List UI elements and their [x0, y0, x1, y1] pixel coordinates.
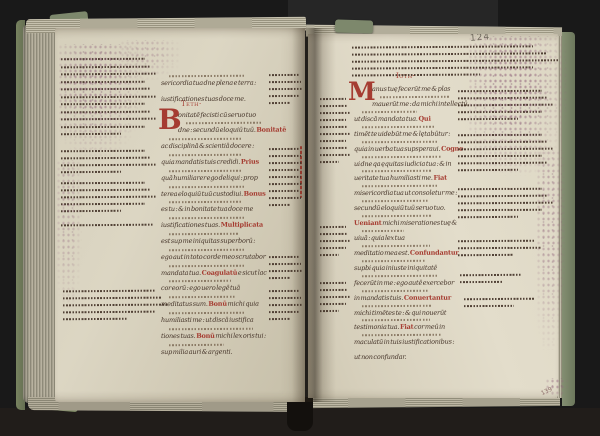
- manuscript-text-line: iustificationes tuas doce me.: [161, 96, 246, 103]
- marginal-gloss-line: [269, 263, 301, 265]
- interlinear-gloss: [362, 245, 430, 247]
- interlinear-gloss: [169, 233, 239, 235]
- text-segment: in mandatis tuis.: [354, 293, 404, 301]
- text-segment: humiliasti me : ut discā iustifica: [161, 316, 254, 324]
- interlinear-gloss: [169, 217, 244, 220]
- marginal-gloss-line: [458, 216, 518, 219]
- manuscript-text-line: ego aut in toto corde meo scrutabor: [161, 253, 266, 260]
- interlinear-gloss: [169, 249, 246, 252]
- text-segment: meditatus sum.: [161, 300, 208, 308]
- text-segment: onitatē fecisti cū seruo tuo: [178, 110, 256, 118]
- interlinear-gloss: [362, 215, 432, 217]
- interlinear-gloss: [169, 328, 253, 331]
- text-segment: cor eorū : ego uero legē tuā: [161, 284, 240, 292]
- interlinear-gloss: [186, 122, 263, 125]
- marginal-gloss-line: [269, 74, 299, 76]
- interlinear-gloss: [169, 201, 242, 204]
- marginal-gloss-line: [320, 112, 350, 114]
- marginal-gloss-line: [269, 197, 301, 199]
- text-segment: iustificationes tuas.: [161, 221, 221, 229]
- text-segment: testimonia tua.: [354, 323, 400, 331]
- marginal-gloss-line: [269, 190, 299, 192]
- manuscript-text-line: tiones tuas. Bonū michi lex oris tui :: [161, 332, 266, 339]
- manuscript-text-line: meditatio mea est. Confundantur: [354, 250, 459, 257]
- marginal-gloss-line: [464, 298, 534, 301]
- interlinear-gloss: [362, 185, 439, 188]
- text-segment: anus tuę fecerūt me & plas: [372, 85, 450, 93]
- marginal-gloss-line: [269, 155, 301, 157]
- marginal-gloss-line: [269, 256, 299, 258]
- interlinear-gloss: [169, 75, 244, 78]
- marginal-gloss-line: [269, 162, 303, 164]
- manuscript-text-line: iustificationes tuas. Multiplicata: [161, 222, 263, 229]
- manuscript-text-line: mandata tua. Coagulatū e sicut lac: [161, 269, 267, 276]
- text-segment: uiuā : quia lex tua: [354, 234, 405, 242]
- marginal-gloss-line: [320, 133, 350, 135]
- marginal-gloss-line: [269, 81, 301, 83]
- marginal-gloss-line: [460, 274, 522, 277]
- mould-stain-patch: [536, 150, 566, 350]
- manuscript-text-line: in mandatis tuis. Conuertantur: [354, 294, 451, 301]
- rubric-word: Bonus: [244, 189, 266, 197]
- text-segment: ueritate tua humiliasti me.: [354, 174, 433, 182]
- interlinear-gloss: [169, 343, 224, 345]
- marginal-gloss-line: [464, 305, 514, 308]
- manuscript-text-line: quā humiliarer ego deliqui : prop: [161, 174, 258, 181]
- red-paragraph-marker: [300, 146, 302, 198]
- marginal-gloss-line: [269, 102, 290, 104]
- manuscript-text-line: michi timētes te : & qui nouerūt: [354, 309, 446, 316]
- text-segment: supbi quia iniuste iniquitatē: [354, 264, 437, 272]
- marginal-gloss-line: [352, 74, 480, 77]
- text-segment: quia in uerba tua supsperaui.: [354, 144, 441, 152]
- text-segment: terea eloquiū tuū custodiui.: [161, 189, 244, 197]
- marginal-gloss-line: [63, 311, 155, 314]
- text-segment: michi timētes te : & qui nouerūt: [354, 308, 446, 316]
- mould-stain-patch: [545, 378, 569, 398]
- marginal-gloss-line: [460, 281, 503, 283]
- manuscript-text-line: sup milia auri & argenti.: [161, 348, 232, 355]
- marginal-gloss-line: [269, 297, 301, 299]
- interlinear-gloss: [169, 264, 244, 267]
- text-segment: tiones tuas.: [161, 332, 196, 340]
- interlinear-gloss: [362, 125, 435, 128]
- text-segment: ui dne qa ęquitas iudicia tua : & in: [354, 159, 451, 167]
- marginal-gloss-line: [320, 282, 346, 284]
- marginal-gloss-line: [269, 88, 303, 90]
- text-segment: michi lex oris tui :: [215, 331, 266, 339]
- text-segment: es tu : & in bonitate tua doce me: [161, 205, 253, 213]
- manuscript-text-line: fecerūt in me : ego autē exercebor: [354, 279, 454, 286]
- interlinear-gloss: [169, 296, 235, 298]
- manuscript-text-line: humiliasti me : ut discā iustifica: [161, 317, 254, 324]
- marginal-gloss-line: [269, 95, 299, 97]
- interlinear-gloss: [362, 274, 437, 277]
- marginal-gloss-line: [320, 98, 346, 100]
- text-segment: cor meū in: [413, 323, 445, 331]
- manuscript-text-line: maculatū in tuis iustificationibus :: [354, 339, 454, 346]
- manuscript-text-line: quia in uerba tua supsperaui. Cogno: [354, 145, 463, 152]
- text-segment: ut non confundar.: [354, 353, 406, 361]
- text-segment: secundū eloquiū tuū seruo tuo.: [354, 204, 446, 212]
- interlinear-gloss: [362, 230, 404, 232]
- rubric-word: Conuertantur: [404, 293, 451, 301]
- text-segment: e sicut lac: [237, 268, 267, 276]
- rubric-word: Bonū: [208, 300, 227, 308]
- manuscript-text-line: meditatus sum. Bonū michi quia: [161, 301, 259, 308]
- interlinear-gloss: [169, 312, 244, 315]
- manuscript-text-line: anus tuę fecerūt me & plas: [372, 86, 450, 93]
- interlinear-gloss: [362, 140, 439, 143]
- marginal-gloss-line: [269, 318, 290, 320]
- interlinear-gloss: [362, 260, 426, 262]
- marginal-gloss-line: [320, 226, 346, 228]
- marginal-gloss-line: [458, 209, 542, 212]
- interlinear-gloss: [169, 280, 231, 282]
- marginal-gloss-line: [320, 289, 348, 291]
- manuscript-text-line: supbi quia iniuste iniquitatē: [354, 265, 437, 272]
- interlinear-gloss: [169, 154, 242, 157]
- text-segment: ut discā mandata tua.: [354, 115, 418, 123]
- manuscript-text-line: ueritate tua humiliasti me. Fiat: [354, 175, 447, 182]
- mould-stain-patch: [120, 40, 180, 80]
- text-segment: est sup me iniquitas superborū :: [161, 237, 255, 245]
- manuscript-text-line: misericordia tua ut consoletur me :: [354, 190, 457, 197]
- marginal-gloss-line: [320, 233, 348, 235]
- marginal-gloss-line: [458, 254, 513, 257]
- rubric-word: Multiplicata: [221, 221, 263, 229]
- interlinear-gloss: [362, 334, 441, 337]
- marginal-gloss-line: [269, 311, 299, 313]
- manuscript-text-line: onitatē fecisti cū seruo tuo: [178, 111, 256, 118]
- text-segment: quā humiliarer ego deliqui : prop: [161, 173, 258, 181]
- manuscript-text-line: es tu : & in bonitate tua doce me: [161, 206, 253, 213]
- marginal-gloss-line: [269, 204, 290, 206]
- marginal-gloss-line: [320, 147, 348, 149]
- marginal-gloss-line: [320, 240, 350, 242]
- rubric-word: Coagulatū: [202, 268, 238, 276]
- interlinear-gloss: [362, 170, 432, 172]
- text-segment: mandata tua.: [161, 268, 202, 276]
- interlinear-gloss: [380, 96, 450, 98]
- marginal-gloss-line: [269, 304, 303, 306]
- marginal-gloss-line: [320, 161, 339, 163]
- marginal-gloss-line: [269, 270, 303, 272]
- marginal-gloss-line: [320, 247, 346, 249]
- rubric-word: Qui: [418, 115, 430, 123]
- marginal-gloss-line: [320, 254, 339, 256]
- text-segment: fecerūt in me : ego autē exercebor: [354, 278, 454, 286]
- marginal-gloss-line: [269, 277, 290, 279]
- manuscript-text-line: ui dne qa ęquitas iudicia tua : & in: [354, 160, 451, 167]
- marginal-gloss-line: [320, 154, 350, 156]
- marginal-gloss-line: [320, 105, 348, 107]
- manuscript-text-line: testimonia tua. Fiat cor meū in: [354, 324, 445, 331]
- marginal-gloss-line: [269, 148, 299, 150]
- text-segment: iustificationes tuas doce me.: [161, 95, 246, 103]
- text-segment: sup milia auri & argenti.: [161, 347, 232, 355]
- marginal-gloss-line: [269, 183, 303, 185]
- interlinear-gloss: [362, 289, 428, 291]
- manuscript-text-line: cor eorū : ego uero legē tuā: [161, 285, 240, 292]
- text-segment: michi quia: [227, 300, 259, 308]
- manuscript-photo: Teth· B sericordia tua dne plena e terra…: [0, 0, 600, 436]
- marginal-gloss-line: [320, 303, 346, 305]
- rubric-word: Bonū: [196, 332, 215, 340]
- text-segment: michi miserationes tuę &: [382, 219, 457, 227]
- manuscript-text-line: Ueniant michi miserationes tuę &: [354, 220, 457, 227]
- rubric-word: Fiat: [433, 174, 447, 182]
- text-segment: misericordia tua ut consoletur me :: [354, 189, 457, 197]
- marginal-gloss-line: [269, 176, 301, 178]
- text-segment: quia mandatis tuis credidi.: [161, 158, 241, 166]
- rubric-word: Ueniant: [354, 219, 382, 227]
- manuscript-text-line: ut discā mandata tua. Qui: [354, 116, 431, 123]
- spine-headband: [335, 19, 373, 33]
- manuscript-text-line: dne : secundū eloquiū tuū. Bonitatē: [178, 127, 286, 134]
- interlinear-gloss: [362, 155, 441, 158]
- marginal-gloss-line: [458, 247, 541, 250]
- manuscript-text-line: ac disciplinā & scientiā docere :: [161, 143, 254, 150]
- marginal-gloss-line: [63, 318, 127, 321]
- manuscript-text-line: ut non confundar.: [354, 354, 406, 361]
- manuscript-text-line: quia mandatis tuis credidi. Prius: [161, 159, 259, 166]
- manuscript-text-line: timēt te uidebūt me & lętabūtur :: [354, 130, 450, 137]
- manuscript-text-line: sericordia tua dne plena e terra :: [161, 80, 256, 87]
- rubric-word: Fiat: [400, 323, 414, 331]
- text-segment: meditatio mea est.: [354, 249, 410, 257]
- marginal-gloss-line: [458, 240, 535, 243]
- marginal-gloss-line: [320, 310, 339, 312]
- marginal-gloss-line: [269, 290, 299, 292]
- text-segment: maculatū in tuis iustificationibus :: [354, 338, 454, 346]
- marginal-gloss-line: [320, 296, 350, 298]
- manuscript-text-line: uiuā : quia lex tua: [354, 235, 405, 242]
- marginal-gloss-line: [320, 140, 346, 142]
- text-segment: timēt te uidebūt me & lętabūtur :: [354, 129, 450, 137]
- interlinear-gloss: [362, 200, 428, 202]
- rubric-word: Confundantur: [410, 249, 459, 257]
- interlinear-gloss: [169, 138, 242, 141]
- interlinear-gloss: [169, 170, 242, 173]
- text-segment: mauerūt me : da michi intellectū: [372, 100, 467, 108]
- text-segment: dne : secundū eloquiū tuū.: [178, 126, 256, 134]
- rubric-word: Prius: [241, 158, 259, 166]
- marginal-gloss-line: [458, 188, 542, 191]
- mould-stain-patch: [56, 160, 82, 310]
- marginal-gloss-line: [458, 195, 548, 198]
- manuscript-text-line: terea eloquiū tuū custodiui. Bonus: [161, 190, 266, 197]
- text-segment: ac disciplinā & scientiā docere :: [161, 142, 254, 150]
- interlinear-gloss: [362, 304, 432, 306]
- manuscript-text-line: mauerūt me : da michi intellectū: [372, 101, 467, 108]
- spine-gap: [287, 397, 313, 431]
- manuscript-text-line: secundū eloquiū tuū seruo tuo.: [354, 205, 446, 212]
- interlinear-gloss: [362, 111, 417, 113]
- interlinear-gloss: [362, 319, 430, 321]
- marginal-gloss-line: [269, 169, 299, 171]
- marginal-gloss-line: [320, 126, 348, 128]
- text-segment: ego aut in toto corde meo scrutabor: [161, 252, 266, 260]
- interlinear-gloss: [169, 185, 244, 188]
- rubric-word: Bonitatē: [256, 126, 286, 134]
- marginal-gloss-line: [320, 119, 346, 121]
- manuscript-text-line: est sup me iniquitas superborū :: [161, 238, 255, 245]
